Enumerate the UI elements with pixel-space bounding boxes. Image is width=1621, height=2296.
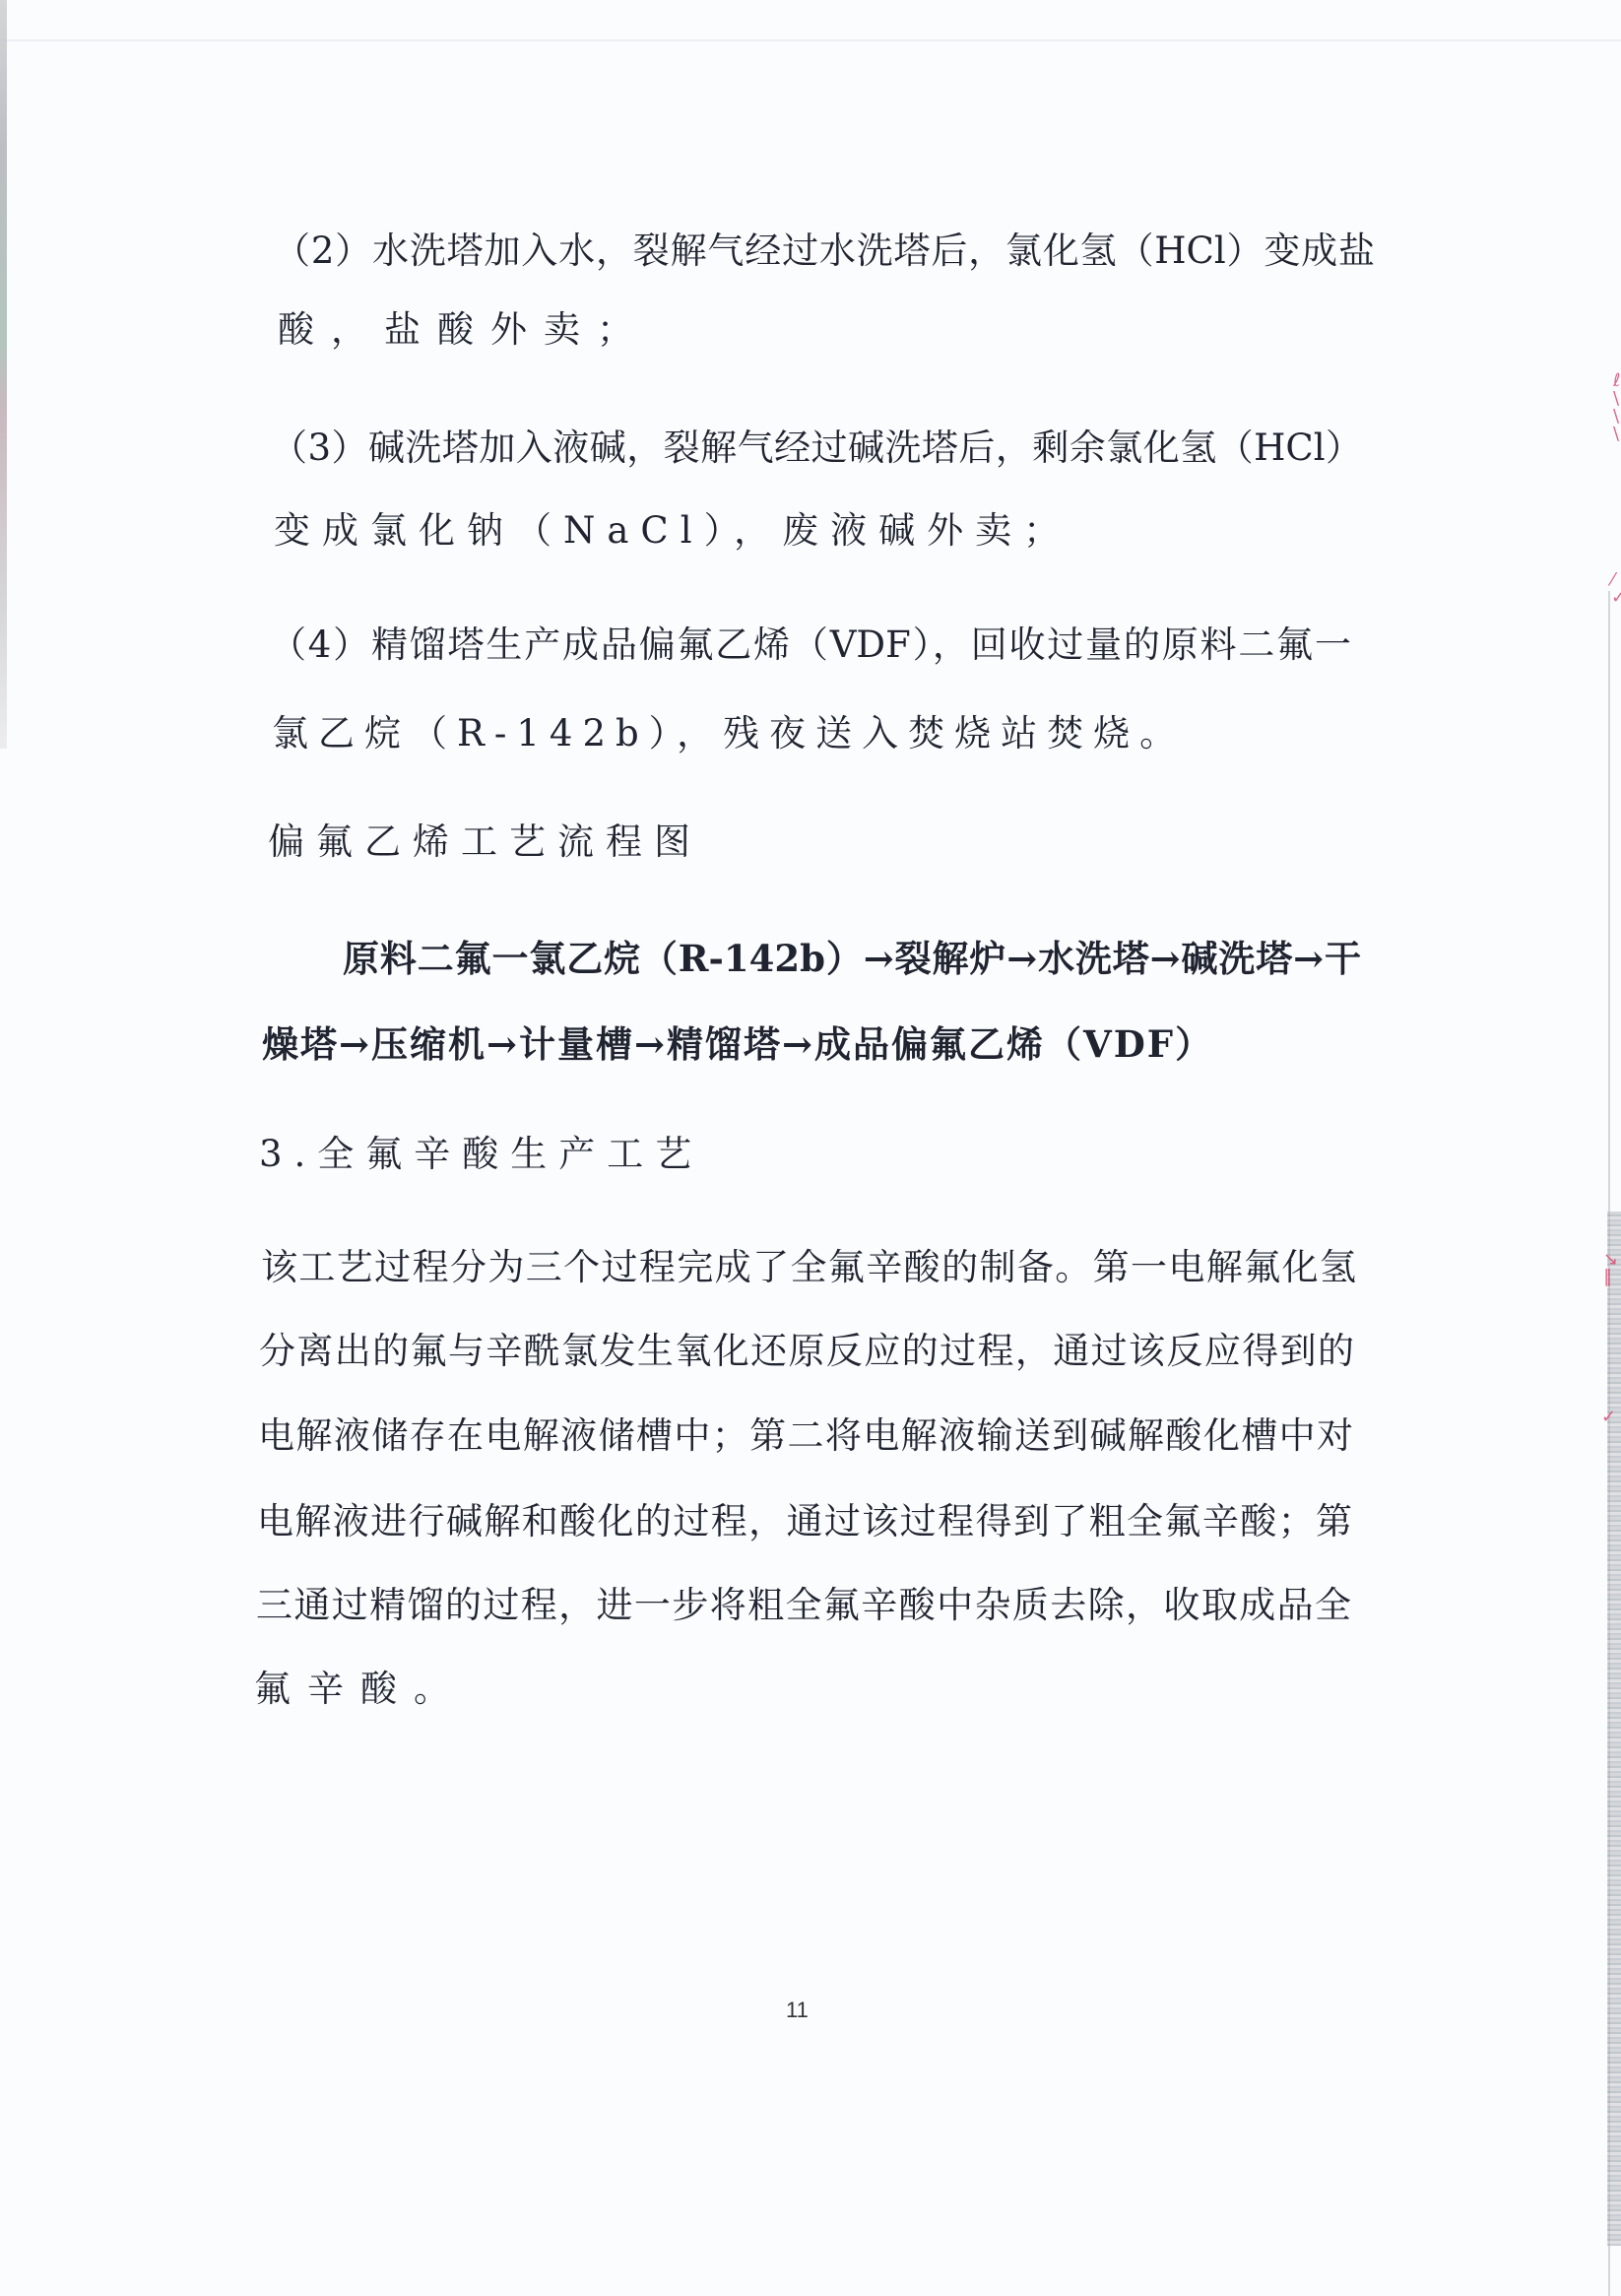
seal-mark-bottom: ✓ (1601, 1409, 1616, 1426)
text-line: 变成氯化钠（NaCl），废液碱外卖； (274, 506, 1071, 556)
flow-chart-title: 偏氟乙烯工艺流程图 (268, 818, 702, 867)
text-line: 电解液进行碱解和酸化的过程，通过该过程得到了粗全氟辛酸；第 (257, 1497, 1352, 1546)
text-line: 三通过精馏的过程，进一步将粗全氟辛酸中杂质去除，收取成品全 (256, 1581, 1351, 1630)
scan-top-line (0, 39, 1621, 41)
seal-mark-lower: ↘∥ (1603, 1251, 1618, 1286)
text-line: （4）精馏塔生产成品偏氟乙烯（VDF），回收过量的原料二氟一 (270, 621, 1351, 670)
text-line: 该工艺过程分为三个过程完成了全氟辛酸的制备。第一电解氟化氢 (261, 1243, 1356, 1292)
seal-mark-middle: ⁄✓ (1611, 571, 1621, 607)
text-line: 电解液储存在电解液储槽中；第二将电解液输送到碱解酸化槽中对 (258, 1411, 1353, 1461)
scan-right-edge (1607, 1212, 1621, 2246)
flow-line: 原料二氟一氯乙烷（R-142b）→裂解炉→水洗塔→碱洗塔→干 (343, 934, 1361, 983)
scan-left-edge (0, 0, 7, 749)
text-line: （3）碱洗塔加入液碱，裂解气经过碱洗塔后，剩余氯化氢（HCl） (271, 424, 1362, 473)
section-heading: 3.全氟辛酸生产工艺 (259, 1130, 703, 1179)
text-line: 氟辛酸。 (254, 1665, 467, 1714)
text-line: 酸，盐酸外卖； (278, 305, 650, 355)
page-number: 11 (786, 1998, 809, 2023)
seal-mark-upper: ℓ\\\ (1613, 372, 1620, 443)
text-line: （2）水洗塔加入水，裂解气经过水洗塔后，氯化氢（HCl）变成盐 (274, 227, 1375, 276)
text-line: 氯乙烷（R-142b），残夜送入焚烧站焚烧。 (272, 709, 1186, 758)
text-line: 分离出的氟与辛酰氯发生氧化还原反应的过程，通过该反应得到的 (259, 1327, 1354, 1376)
flow-line: 燥塔→压缩机→计量槽→精馏塔→成品偏氟乙烯（VDF） (262, 1019, 1213, 1069)
